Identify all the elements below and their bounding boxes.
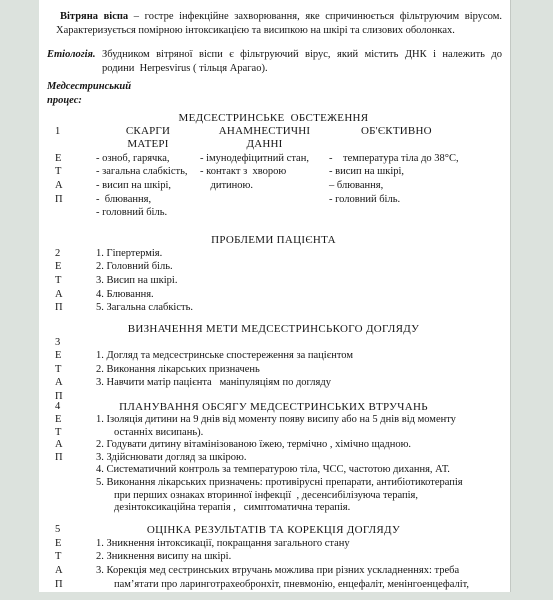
list-item: 2. Годувати дитину вітамінізованою їжею,… xyxy=(96,439,500,452)
anamnesis-item: - контакт з хворою xyxy=(200,165,329,179)
complaints-header-line-2: МАТЕРІ xyxy=(96,138,200,152)
stage-2-items: 1. Гіпертермія. 2. Головний біль. 3. Вис… xyxy=(96,247,500,315)
process-label-line-1: Медсестринський xyxy=(47,80,500,94)
anamnesis-column: АНАМНЕСТИЧНІ ДАННІ - імунодефіцитний ста… xyxy=(200,125,329,220)
objective-blank xyxy=(329,138,500,152)
stage-4-items: 1. Ізоляція дитини на 9 днів від моменту… xyxy=(96,414,500,515)
list-item: 2. Виконання лікарських призначень xyxy=(96,363,500,377)
process-label-line-2: процес: xyxy=(47,94,500,108)
complaints-column: СКАРГИ МАТЕРІ - озноб, гарячка, - загаль… xyxy=(96,125,200,220)
disease-title: Вітряна віспа xyxy=(60,11,128,22)
etap-letter: Т xyxy=(55,363,96,377)
list-item: 5. Загальна слабкість. xyxy=(96,301,500,315)
stage-1-heading: МЕДСЕСТРИНСЬКЕ ОБСТЕЖЕННЯ xyxy=(47,111,500,125)
etap-letter: П xyxy=(55,301,96,315)
stage-3-gutter: 3 Е Т А П xyxy=(47,336,96,404)
list-item-continuation: останніх висипань). xyxy=(96,427,500,440)
etiology-line-2: родини Herpesvirus ( тільця Арагао). xyxy=(47,62,502,76)
stage-4-planning: ПЛАНУВАННЯ ОБСЯГУ МЕДСЕСТРИНСЬКИХ ВТРУЧА… xyxy=(47,400,500,515)
etap-letter: А xyxy=(55,564,96,578)
objective-item: - температура тіла до 38°С, xyxy=(329,152,500,166)
intro-paragraph: Вітряна віспа – гостре інфекційне захвор… xyxy=(56,10,502,37)
etap-letter: Т xyxy=(55,274,96,288)
complaint-item: - озноб, гарячка, xyxy=(96,152,200,166)
list-item: 5. Виконання лікарських призначень: прот… xyxy=(96,477,500,490)
stage-1-table: 1 Е Т А П СКАРГИ МАТЕРІ - озноб, гарячка… xyxy=(47,125,500,220)
objective-column: ОБ'ЄКТИВНО - температура тіла до 38°С, -… xyxy=(329,125,500,220)
stage-number: 5 xyxy=(55,523,96,537)
stage-3-heading: ВИЗНАЧЕННЯ МЕТИ МЕДСЕСТРИНСЬКОГО ДОГЛЯДУ xyxy=(47,322,500,336)
etap-letter: П xyxy=(55,578,96,592)
complaint-item: - блювання, xyxy=(96,193,200,207)
etap-letter: А xyxy=(55,376,96,390)
etiology-text: Збудником вітряної віспи є фільтруючий в… xyxy=(102,49,502,60)
intro-line-2: Характеризується помірною інтоксикацією … xyxy=(56,24,502,38)
etap-letter: Т xyxy=(55,550,96,564)
stage-number: 1 xyxy=(55,125,96,139)
list-item: 3. Здійснювати догляд за шкірою. xyxy=(96,452,500,465)
stage-1-assessment: МЕДСЕСТРИНСЬКЕ ОБСТЕЖЕННЯ 1 Е Т А П СКАР… xyxy=(47,111,500,220)
stage-2-problems: ПРОБЛЕМИ ПАЦІЄНТА 2 Е Т А П 1. Гіпертерм… xyxy=(47,233,500,315)
list-item: 4. Систематичний контроль за температуро… xyxy=(96,464,500,477)
gutter-blank xyxy=(55,138,96,152)
etap-letter: Т xyxy=(55,427,96,440)
list-item: 3. Висип на шкірі. xyxy=(96,274,500,288)
etap-letter: Е xyxy=(55,537,96,551)
complaints-header-line-1: СКАРГИ xyxy=(96,125,200,139)
list-item: 1. Зникнення інтоксикації, покращання за… xyxy=(96,537,500,551)
etap-letter: А xyxy=(55,288,96,302)
list-item-continuation: при перших ознаках вторинної інфекції , … xyxy=(96,490,500,503)
etap-letter: Е xyxy=(55,152,96,166)
stage-5-items: 1. Зникнення інтоксикації, покращання за… xyxy=(96,537,500,592)
anamnesis-header-line-1: АНАМНЕСТИЧНІ xyxy=(200,125,329,139)
stage-2-gutter: 2 Е Т А П xyxy=(47,247,96,315)
list-item: 3. Навчити матір пацієнта маніпуляціям п… xyxy=(96,376,500,390)
etiology-paragraph: Етіологія. Збудником вітряної віспи є фі… xyxy=(47,48,502,75)
list-item: 3. Корекція мед сестринських втручань мо… xyxy=(96,564,500,578)
etap-letter: Т xyxy=(55,165,96,179)
stage-number: 3 xyxy=(55,336,96,350)
etap-letter: Е xyxy=(55,349,96,363)
objective-item: – блювання, xyxy=(329,179,500,193)
stage-number: 4 xyxy=(55,400,96,414)
list-item: 2. Зникнення висипу на шкірі. xyxy=(96,550,500,564)
intro-line-1: Вітряна віспа – гостре інфекційне захвор… xyxy=(56,10,502,24)
list-item: 2. Головний біль. xyxy=(96,260,500,274)
stage-3-items: 1. Догляд та медсестринське спостереженн… xyxy=(96,336,500,390)
stage-4-heading: ПЛАНУВАННЯ ОБСЯГУ МЕДСЕСТРИНСЬКИХ ВТРУЧА… xyxy=(47,400,500,414)
complaint-item: - головний біль. xyxy=(96,206,200,220)
stage-4-gutter: 4 Е Т А П xyxy=(47,400,96,464)
stage-1-gutter: 1 Е Т А П xyxy=(47,125,96,220)
list-item: 4. Блювання. xyxy=(96,288,500,302)
etiology-label: Етіологія. xyxy=(47,49,96,60)
screenshot-root: { "page": { "outer_bg": "#dce2dd", "pape… xyxy=(0,0,553,600)
complaint-item: - загальна слабкість, xyxy=(96,165,200,179)
stage-5-evaluation: ОЦІНКА РЕЗУЛЬТАТІВ ТА КОРЕКЦІЯ ДОГЛЯДУ 5… xyxy=(47,523,500,592)
anamnesis-header-line-2: ДАННІ xyxy=(200,138,329,152)
anamnesis-item: - імунодефіцитний стан, xyxy=(200,152,329,166)
stage-3-goals: ВИЗНАЧЕННЯ МЕТИ МЕДСЕСТРИНСЬКОГО ДОГЛЯДУ… xyxy=(47,322,500,390)
process-label: Медсестринський процес: xyxy=(47,80,500,107)
list-item: 1. Ізоляція дитини на 9 днів від моменту… xyxy=(96,414,500,427)
objective-item: - головний біль. xyxy=(329,193,500,207)
etap-letter: Е xyxy=(55,414,96,427)
list-item-continuation: дезінтоксикаційна терапія , симптоматичн… xyxy=(96,502,500,515)
etap-letter: А xyxy=(55,179,96,193)
document-page: Вітряна віспа – гостре інфекційне захвор… xyxy=(39,0,511,592)
list-item-continuation: флегмона , лімфаденіт. xyxy=(96,591,500,592)
list-item: 1. Догляд та медсестринське спостереженн… xyxy=(96,349,500,363)
anamnesis-item: дитиною. xyxy=(200,179,329,193)
objective-item: - висип на шкірі, xyxy=(329,165,500,179)
etap-letter: Е xyxy=(55,260,96,274)
list-item-continuation: пам’ятати про ларинготрахеобронхіт, пнев… xyxy=(96,578,500,592)
objective-header: ОБ'ЄКТИВНО xyxy=(329,125,500,139)
stage-5-gutter: 5 Е Т А П xyxy=(47,523,96,591)
stage-2-heading: ПРОБЛЕМИ ПАЦІЄНТА xyxy=(47,233,500,247)
etiology-line-1: Етіологія. Збудником вітряної віспи є фі… xyxy=(47,48,502,62)
stage-number: 2 xyxy=(55,247,96,261)
complaint-item: - висип на шкірі, xyxy=(96,179,200,193)
list-item: 1. Гіпертермія. xyxy=(96,247,500,261)
etap-letter: А xyxy=(55,439,96,452)
etap-letter: П xyxy=(55,193,96,207)
intro-line-1-rest: – гостре інфекційне захворювання, яке сп… xyxy=(128,11,502,22)
stage-5-heading: ОЦІНКА РЕЗУЛЬТАТІВ ТА КОРЕКЦІЯ ДОГЛЯДУ xyxy=(47,523,500,537)
etap-letter: П xyxy=(55,452,96,465)
